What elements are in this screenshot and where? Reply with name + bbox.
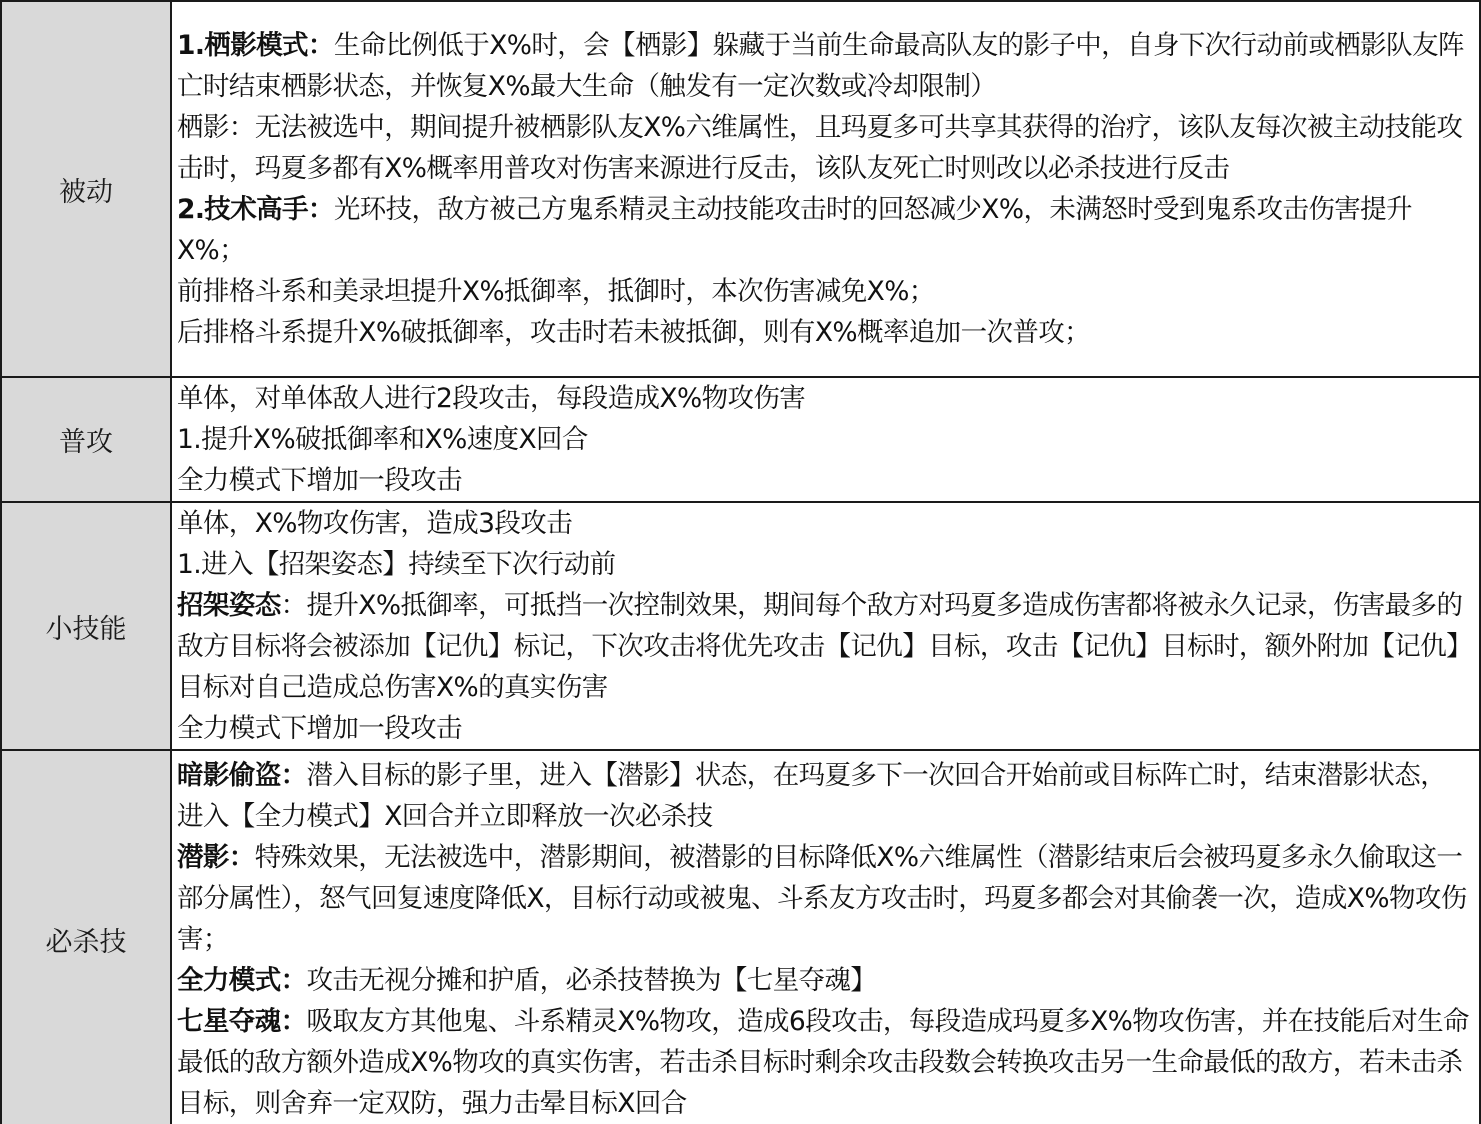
line-text: 生命比例低于X%时，会【栖影】躲藏于当前生命最高队友的影子中，自身下次行动前或栖… xyxy=(177,30,1464,102)
line-text: 栖影：无法被选中，期间提升被栖影队友X%六维属性，且玛夏多可共享其获得的治疗，该… xyxy=(177,112,1462,184)
keyword: 七星夺魂： xyxy=(177,1006,307,1037)
keyword: 2.技术高手： xyxy=(177,194,334,225)
table-row-ultimate: 必杀技 暗影偷盗：潜入目标的影子里，进入【潜影】状态，在玛夏多下一次回合开始前或… xyxy=(1,750,1480,1124)
keyword: 全力模式： xyxy=(177,965,307,996)
row-content: 暗影偷盗：潜入目标的影子里，进入【潜影】状态，在玛夏多下一次回合开始前或目标阵亡… xyxy=(171,750,1480,1124)
line-text: 1.提升X%破抵御率和X%速度X回合 xyxy=(177,424,588,455)
content-line: 招架姿态：提升X%抵御率，可抵挡一次控制效果，期间每个敌方对玛夏多造成伤害都将被… xyxy=(177,585,1469,708)
content-line: 1.提升X%破抵御率和X%速度X回合 xyxy=(177,419,1469,460)
content-line: 栖影：无法被选中，期间提升被栖影队友X%六维属性，且玛夏多可共享其获得的治疗，该… xyxy=(177,107,1469,189)
content-line: 1.进入【招架姿态】持续至下次行动前 xyxy=(177,544,1469,585)
table-row-small-skill: 小技能 单体，X%物攻伤害，造成3段攻击 1.进入【招架姿态】持续至下次行动前 … xyxy=(1,502,1480,750)
line-text: 前排格斗系和美录坦提升X%抵御率，抵御时，本次伤害减免X%； xyxy=(177,276,935,307)
keyword: 招架姿态 xyxy=(177,590,281,621)
row-content: 1.栖影模式：生命比例低于X%时，会【栖影】躲藏于当前生命最高队友的影子中，自身… xyxy=(171,1,1480,377)
content-line: 潜影：特殊效果，无法被选中，潜影期间，被潜影的目标降低X%六维属性（潜影结束后会… xyxy=(177,837,1469,960)
row-content: 单体，对单体敌人进行2段攻击，每段造成X%物攻伤害 1.提升X%破抵御率和X%速… xyxy=(171,377,1480,502)
keyword: 潜影： xyxy=(177,842,255,873)
keyword: 1.栖影模式： xyxy=(177,30,334,61)
line-text: 全力模式下增加一段攻击 xyxy=(177,713,462,744)
content-line: 全力模式下增加一段攻击 xyxy=(177,460,1469,501)
line-text: 单体，对单体敌人进行2段攻击，每段造成X%物攻伤害 xyxy=(177,383,805,414)
line-text: 后排格斗系提升X%破抵御率，攻击时若未被抵御，则有X%概率追加一次普攻； xyxy=(177,317,1090,348)
row-content: 单体，X%物攻伤害，造成3段攻击 1.进入【招架姿态】持续至下次行动前 招架姿态… xyxy=(171,502,1480,750)
row-label: 必杀技 xyxy=(1,750,171,1124)
line-text: 全力模式下增加一段攻击 xyxy=(177,465,462,496)
keyword: 暗影偷盗： xyxy=(177,760,307,791)
content-line: 1.栖影模式：生命比例低于X%时，会【栖影】躲藏于当前生命最高队友的影子中，自身… xyxy=(177,25,1469,107)
line-text: 攻击无视分摊和护盾，必杀技替换为【七星夺魂】 xyxy=(307,965,877,996)
content-line: 七星夺魂：吸取友方其他鬼、斗系精灵X%物攻，造成6段攻击，每段造成玛夏多X%物攻… xyxy=(177,1001,1469,1124)
content-line: 2.技术高手：光环技，敌方被己方鬼系精灵主动技能攻击时的回怒减少X%，未满怒时受… xyxy=(177,189,1469,271)
line-text: 特殊效果，无法被选中，潜影期间，被潜影的目标降低X%六维属性（潜影结束后会被玛夏… xyxy=(177,842,1467,955)
row-label: 被动 xyxy=(1,1,171,377)
content-line: 单体，对单体敌人进行2段攻击，每段造成X%物攻伤害 xyxy=(177,378,1469,419)
table-row-basic-attack: 普攻 单体，对单体敌人进行2段攻击，每段造成X%物攻伤害 1.提升X%破抵御率和… xyxy=(1,377,1480,502)
content-line: 后排格斗系提升X%破抵御率，攻击时若未被抵御，则有X%概率追加一次普攻； xyxy=(177,312,1469,353)
line-text: 潜入目标的影子里，进入【潜影】状态，在玛夏多下一次回合开始前或目标阵亡时，结束潜… xyxy=(177,760,1446,832)
line-text: 光环技，敌方被己方鬼系精灵主动技能攻击时的回怒减少X%，未满怒时受到鬼系攻击伤害… xyxy=(177,194,1412,266)
row-label: 普攻 xyxy=(1,377,171,502)
skill-table: 被动 1.栖影模式：生命比例低于X%时，会【栖影】躲藏于当前生命最高队友的影子中… xyxy=(0,0,1481,1124)
content-line: 暗影偷盗：潜入目标的影子里，进入【潜影】状态，在玛夏多下一次回合开始前或目标阵亡… xyxy=(177,755,1469,837)
line-text: ：提升X%抵御率，可抵挡一次控制效果，期间每个敌方对玛夏多造成伤害都将被永久记录… xyxy=(177,590,1462,703)
line-text: 单体，X%物攻伤害，造成3段攻击 xyxy=(177,508,572,539)
line-text: 吸取友方其他鬼、斗系精灵X%物攻，造成6段攻击，每段造成玛夏多X%物攻伤害，并在… xyxy=(177,1006,1469,1119)
content-line: 全力模式：攻击无视分摊和护盾，必杀技替换为【七星夺魂】 xyxy=(177,960,1469,1001)
table-row-passive: 被动 1.栖影模式：生命比例低于X%时，会【栖影】躲藏于当前生命最高队友的影子中… xyxy=(1,1,1480,377)
content-line: 单体，X%物攻伤害，造成3段攻击 xyxy=(177,503,1469,544)
content-line: 前排格斗系和美录坦提升X%抵御率，抵御时，本次伤害减免X%； xyxy=(177,271,1469,312)
row-label: 小技能 xyxy=(1,502,171,750)
line-text: 1.进入【招架姿态】持续至下次行动前 xyxy=(177,549,615,580)
content-line: 全力模式下增加一段攻击 xyxy=(177,708,1469,749)
